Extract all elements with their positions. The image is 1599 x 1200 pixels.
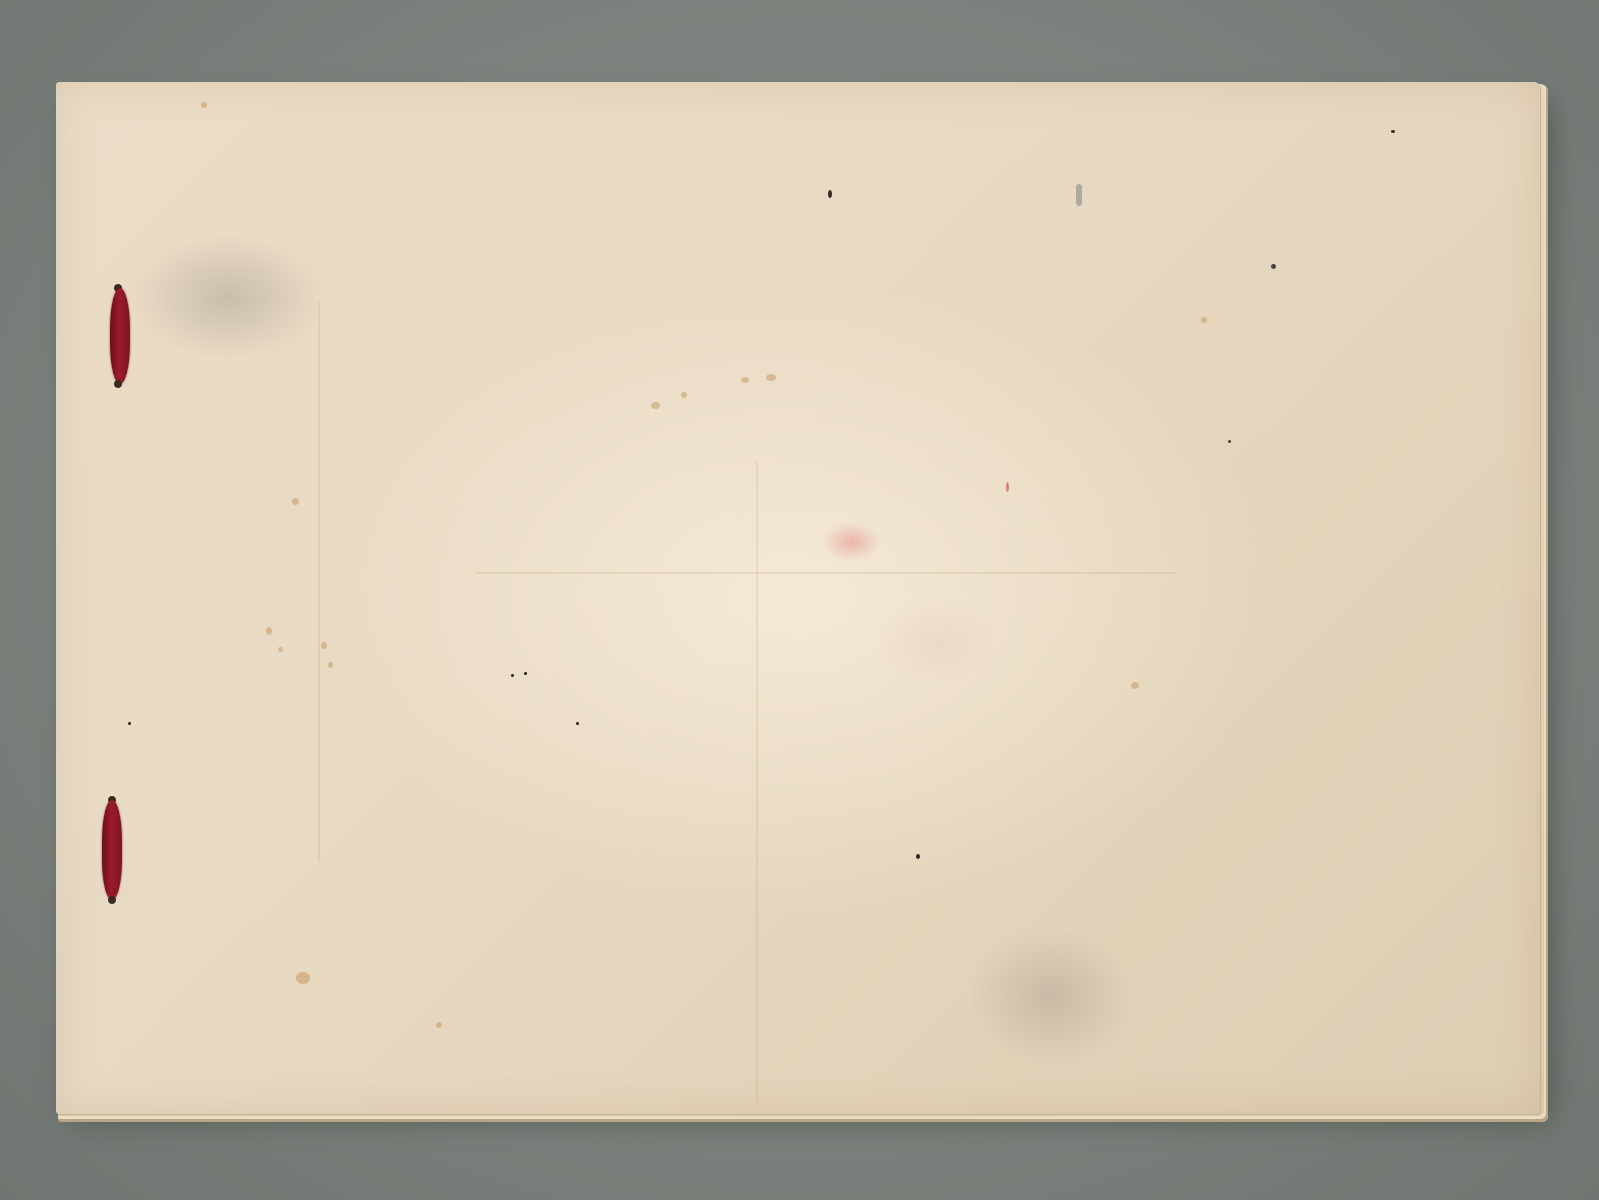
foxing-spot [201, 102, 207, 108]
photo-scene [0, 0, 1599, 1200]
dark-speck [511, 674, 514, 677]
binding-hole [114, 380, 122, 388]
dark-speck [128, 722, 131, 725]
dark-speck [524, 672, 527, 675]
foxing-spot [1201, 317, 1207, 323]
foxing-spot [651, 402, 660, 409]
foxing-spot [436, 1022, 442, 1028]
foxing-spot [321, 642, 327, 649]
foxing-spot [1131, 682, 1139, 689]
show-through-line [318, 302, 320, 862]
foxing-spot [292, 498, 299, 505]
dark-speck [1228, 440, 1231, 443]
foxing-spot [741, 377, 749, 383]
foxing-spot [328, 662, 333, 668]
foxing-spot [296, 972, 310, 984]
show-through-line [476, 572, 1176, 574]
dark-speck [828, 190, 832, 198]
binding-hole [108, 896, 116, 904]
dark-speck [576, 722, 579, 725]
dark-speck [1391, 130, 1395, 133]
foxing-spot [266, 627, 272, 635]
red-bleed-through [821, 522, 881, 562]
booklet-back-cover [56, 82, 1540, 1114]
red-binding-thread-lower [102, 800, 122, 900]
red-mark [1006, 482, 1009, 492]
dark-speck [1271, 264, 1276, 269]
foxing-spot [766, 374, 776, 381]
show-through-line [756, 462, 758, 1102]
red-binding-thread-upper [110, 288, 130, 384]
dark-speck [916, 854, 920, 859]
foxing-spot [278, 647, 283, 652]
dark-speck [1076, 184, 1082, 206]
foxing-spot [681, 392, 687, 398]
